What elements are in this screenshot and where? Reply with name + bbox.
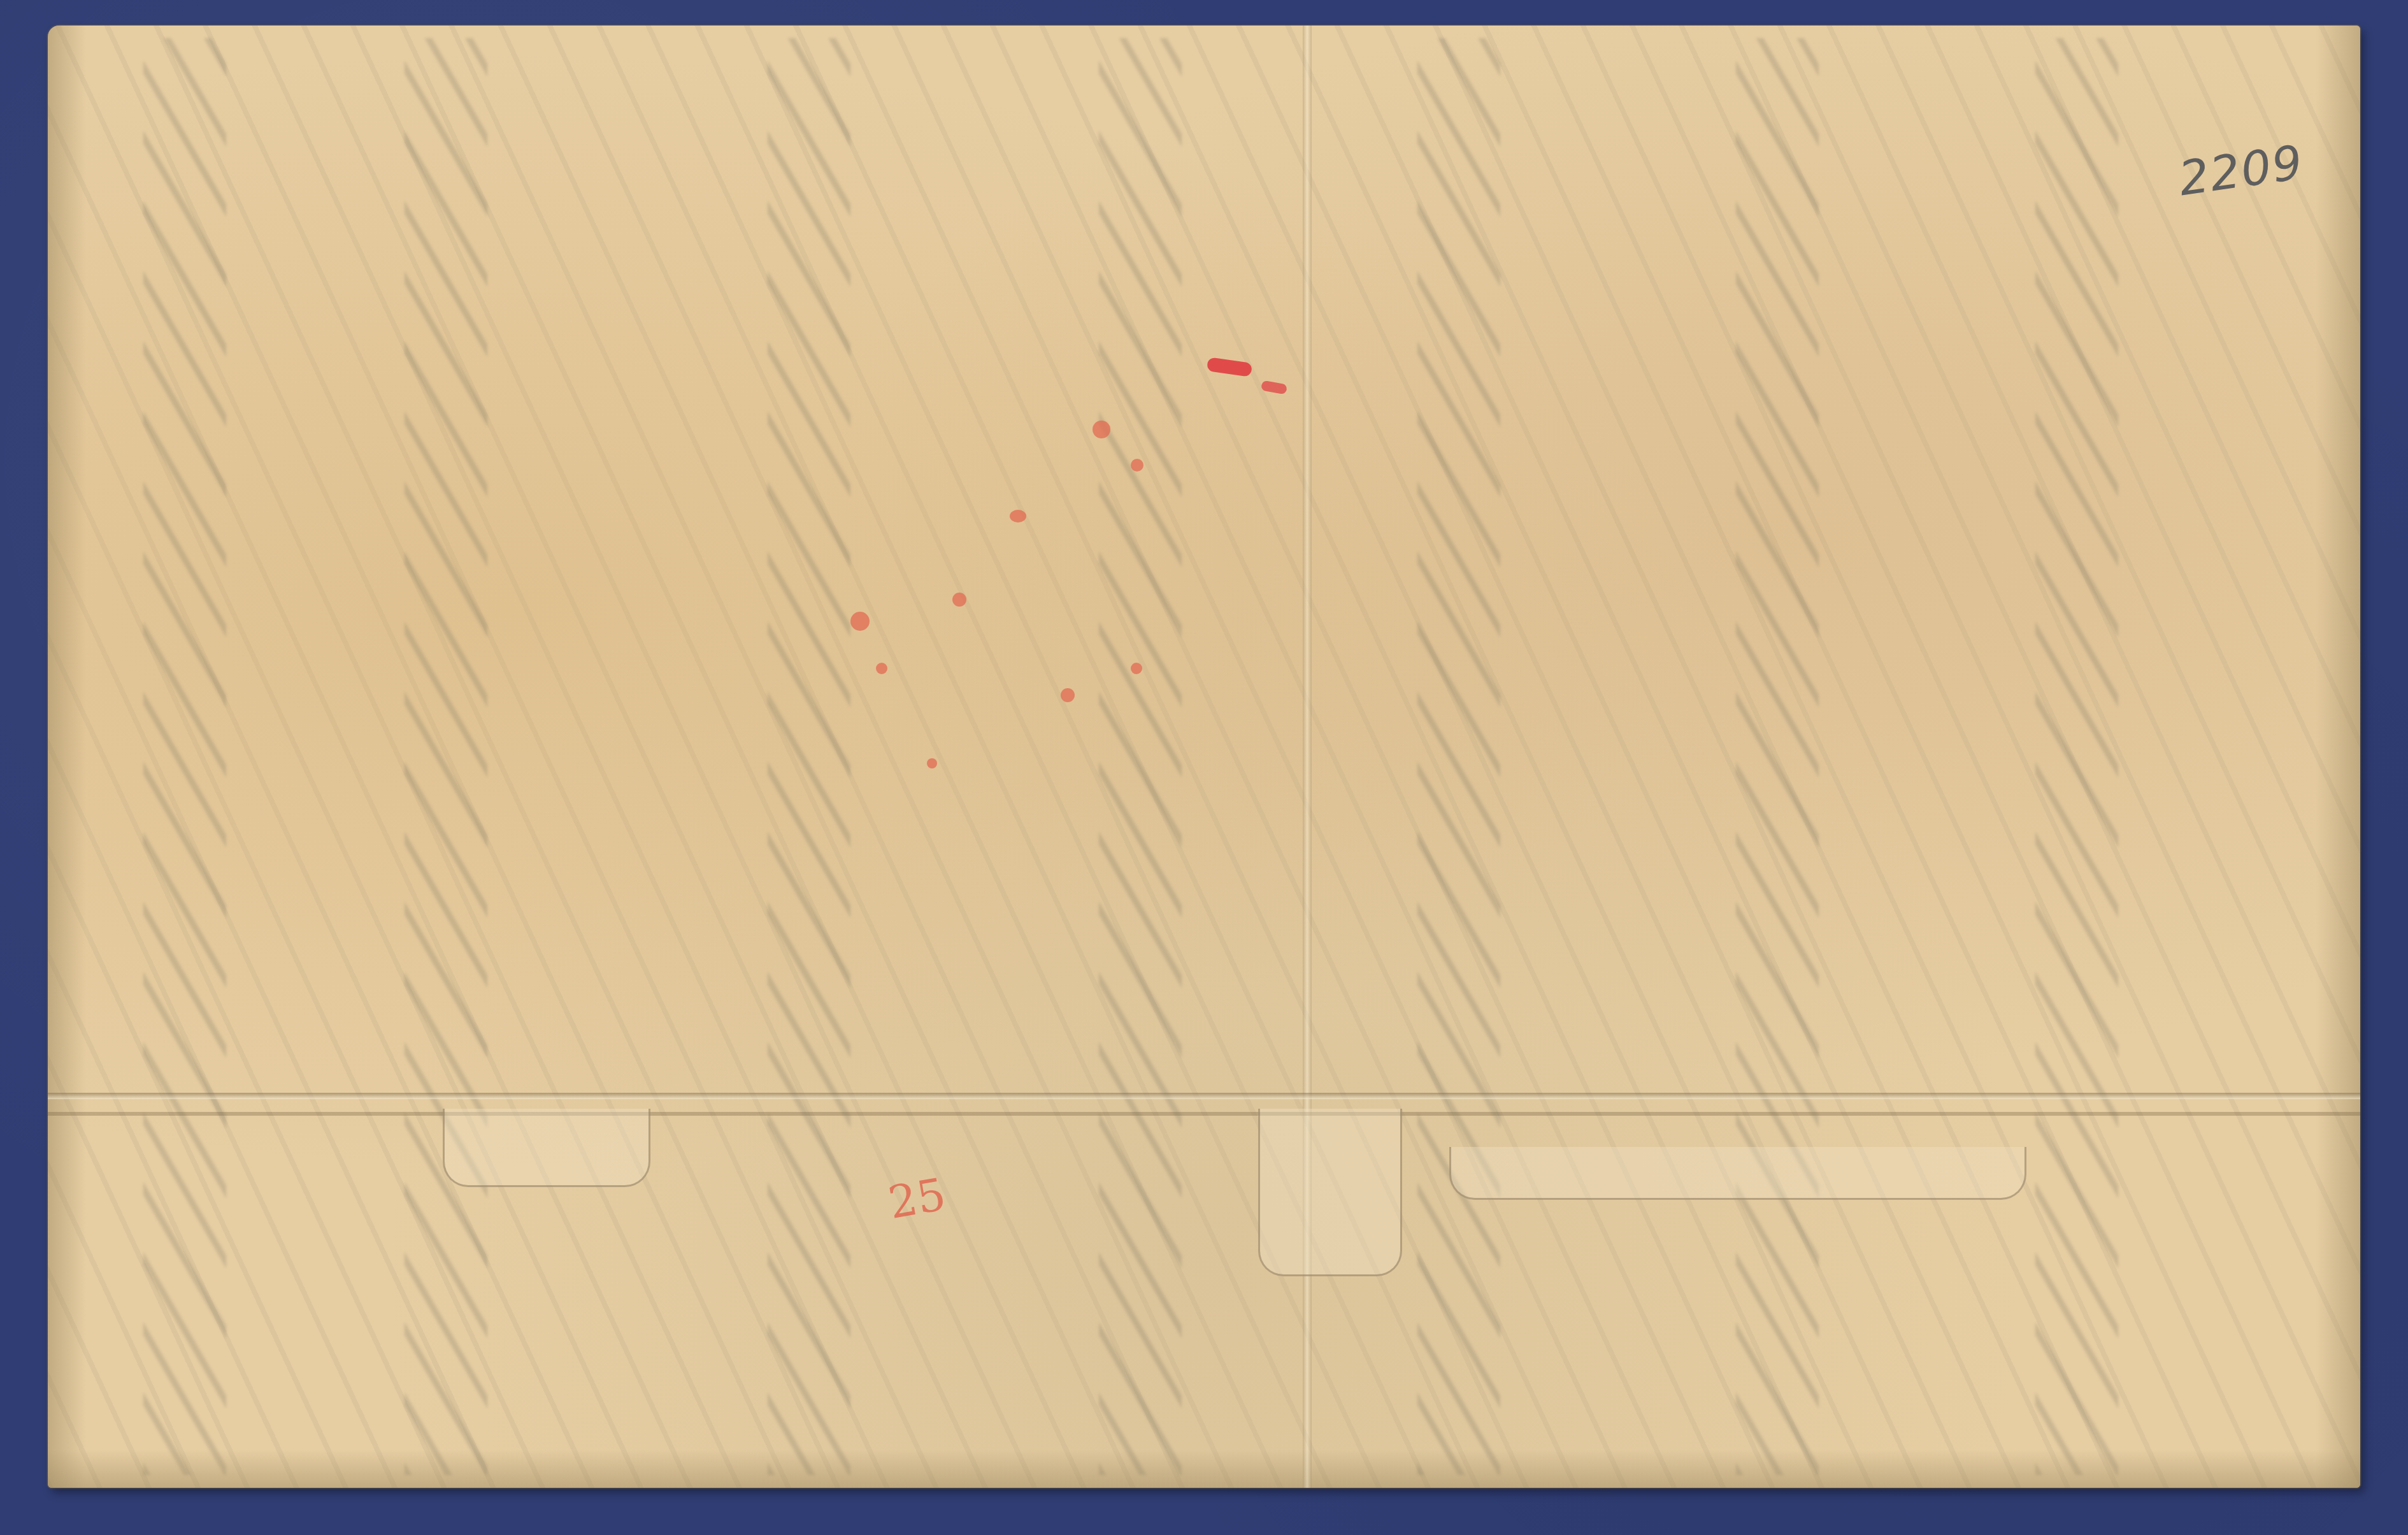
red-rate-mark: 25 [885, 1168, 950, 1229]
torn-flap [1258, 1109, 1402, 1276]
red-mark [1207, 357, 1252, 377]
red-postmark-speck [1131, 459, 1143, 472]
red-postmark-speck [1093, 421, 1110, 438]
ink-bleed-column [405, 38, 487, 1475]
torn-flap [443, 1109, 650, 1187]
red-mark [1261, 380, 1287, 395]
red-postmark-speck [850, 612, 870, 631]
folded-letter: 2209 25 [48, 25, 2360, 1488]
paper-edge-shadow [48, 1450, 2360, 1488]
ink-bleed-column [1099, 38, 1182, 1475]
paper-edge-shadow [48, 25, 86, 1488]
paper-edge-shadow [2316, 25, 2360, 1488]
ink-bleed-column [143, 38, 226, 1475]
pencil-inventory-number: 2209 [2175, 135, 2307, 206]
red-postmark-speck [1061, 688, 1075, 702]
ink-bleed-column [768, 38, 850, 1475]
horizontal-fold-line [48, 1093, 2360, 1099]
ink-bleed-column [2035, 38, 2118, 1475]
flap-edge-line [48, 1112, 2360, 1116]
red-postmark-speck [952, 593, 966, 607]
ink-bleed-column [1736, 38, 1819, 1475]
red-postmark-speck [1131, 663, 1142, 674]
torn-flap [1449, 1147, 2026, 1200]
red-postmark-speck [927, 758, 937, 768]
ink-bleed-column [1417, 38, 1500, 1475]
red-postmark-speck [1010, 510, 1026, 522]
red-postmark-speck [876, 663, 887, 674]
